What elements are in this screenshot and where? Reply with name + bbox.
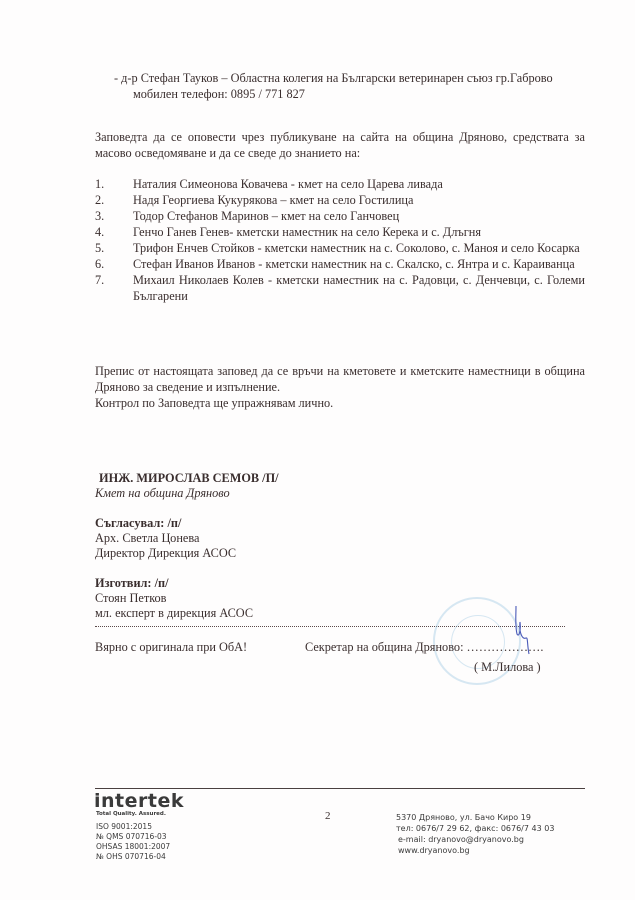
secretary-name: ( М.Лилова ) [474, 659, 541, 675]
phone-fax-line: тел: 0676/7 29 62, факс: 0676/7 43 03 [396, 823, 554, 834]
delivery-paragraph: Препис от настоящата заповед да се връчи… [95, 363, 585, 395]
contact-person-line: - д-р Стефан Тауков – Областна колегия н… [114, 70, 553, 86]
prepared-title: мл. експерт в дирекция АСОС [95, 605, 253, 621]
list-item-text: Михаил Николаев Колев - кметски наместни… [133, 272, 585, 304]
document-page: - д-р Стефан Тауков – Областна колегия н… [0, 0, 635, 900]
list-item: 6. Стефан Иванов Иванов - кметски намест… [95, 256, 585, 272]
true-copy-note: Вярно с оригинала при ОбА! [95, 639, 247, 655]
announcement-paragraph: Заповедта да се оповести чрез публикуван… [95, 129, 585, 161]
list-item: 1. Наталия Симеонова Ковачева - кмет на … [95, 176, 585, 192]
list-item-number: 3. [95, 208, 133, 224]
list-item-number: 2. [95, 192, 133, 208]
page-number: 2 [325, 810, 331, 822]
recipients-list: 1. Наталия Симеонова Ковачева - кмет на … [95, 176, 585, 304]
prepared-name: Стоян Петков [95, 590, 167, 606]
prepared-label: Изготвил: /п/ [95, 575, 169, 591]
cert-line: OHSAS 18001:2007 [96, 842, 170, 852]
mayor-name: ИНЖ. МИРОСЛАВ СЕМОВ /П/ [99, 470, 279, 486]
list-item: 7. Михаил Николаев Колев - кметски намес… [95, 272, 585, 304]
email-link[interactable]: e-mail: dryanovo@dryanovo.bg [398, 834, 524, 845]
list-item-number: 1. [95, 176, 133, 192]
list-item-text: Наталия Симеонова Ковачева - кмет на сел… [133, 176, 585, 192]
list-item-text: Трифон Енчев Стойков - кметски наместник… [133, 240, 585, 256]
contact-phone-line: мобилен телефон: 0895 / 771 827 [133, 86, 305, 102]
secretary-label: Секретар на община Дряново: ………………. [305, 639, 543, 655]
list-item-text: Тодор Стефанов Маринов – кмет на село Га… [133, 208, 585, 224]
intertek-logo: intertek [94, 791, 184, 811]
list-item-text: Генчо Ганев Генев- кметски наместник на … [133, 224, 585, 240]
signature-icon [512, 604, 536, 656]
agreed-title: Директор Дирекция АСОС [95, 545, 236, 561]
agreed-name: Арх. Светла Цонева [95, 530, 199, 546]
address-line: 5370 Дряново, ул. Бачо Киро 19 [396, 812, 531, 823]
list-item: 4. Генчо Ганев Генев- кметски наместник … [95, 224, 585, 240]
cert-line: № OHS 070716-04 [96, 852, 166, 862]
list-item-number: 5. [95, 240, 133, 256]
list-item-number: 7. [95, 272, 133, 304]
list-item: 2. Надя Георгиева Кукурякова – кмет на с… [95, 192, 585, 208]
website-link[interactable]: www.dryanovo.bg [398, 845, 470, 856]
logo-tagline: Total Quality. Assured. [96, 811, 166, 817]
list-item-number: 4. [95, 224, 133, 240]
list-item: 3. Тодор Стефанов Маринов – кмет на село… [95, 208, 585, 224]
control-paragraph: Контрол по Заповедта ще упражнявам лично… [95, 395, 333, 411]
list-item-number: 6. [95, 256, 133, 272]
agreed-label: Съгласувал: /п/ [95, 515, 181, 531]
cert-line: ISO 9001:2015 [96, 822, 152, 832]
cert-line: № QMS 070716-03 [96, 832, 167, 842]
list-item-text: Надя Георгиева Кукурякова – кмет на село… [133, 192, 585, 208]
footer-rule [95, 788, 585, 789]
list-item-text: Стефан Иванов Иванов - кметски наместник… [133, 256, 585, 272]
mayor-title: Кмет на община Дряново [95, 485, 230, 501]
list-item: 5. Трифон Енчев Стойков - кметски намест… [95, 240, 585, 256]
